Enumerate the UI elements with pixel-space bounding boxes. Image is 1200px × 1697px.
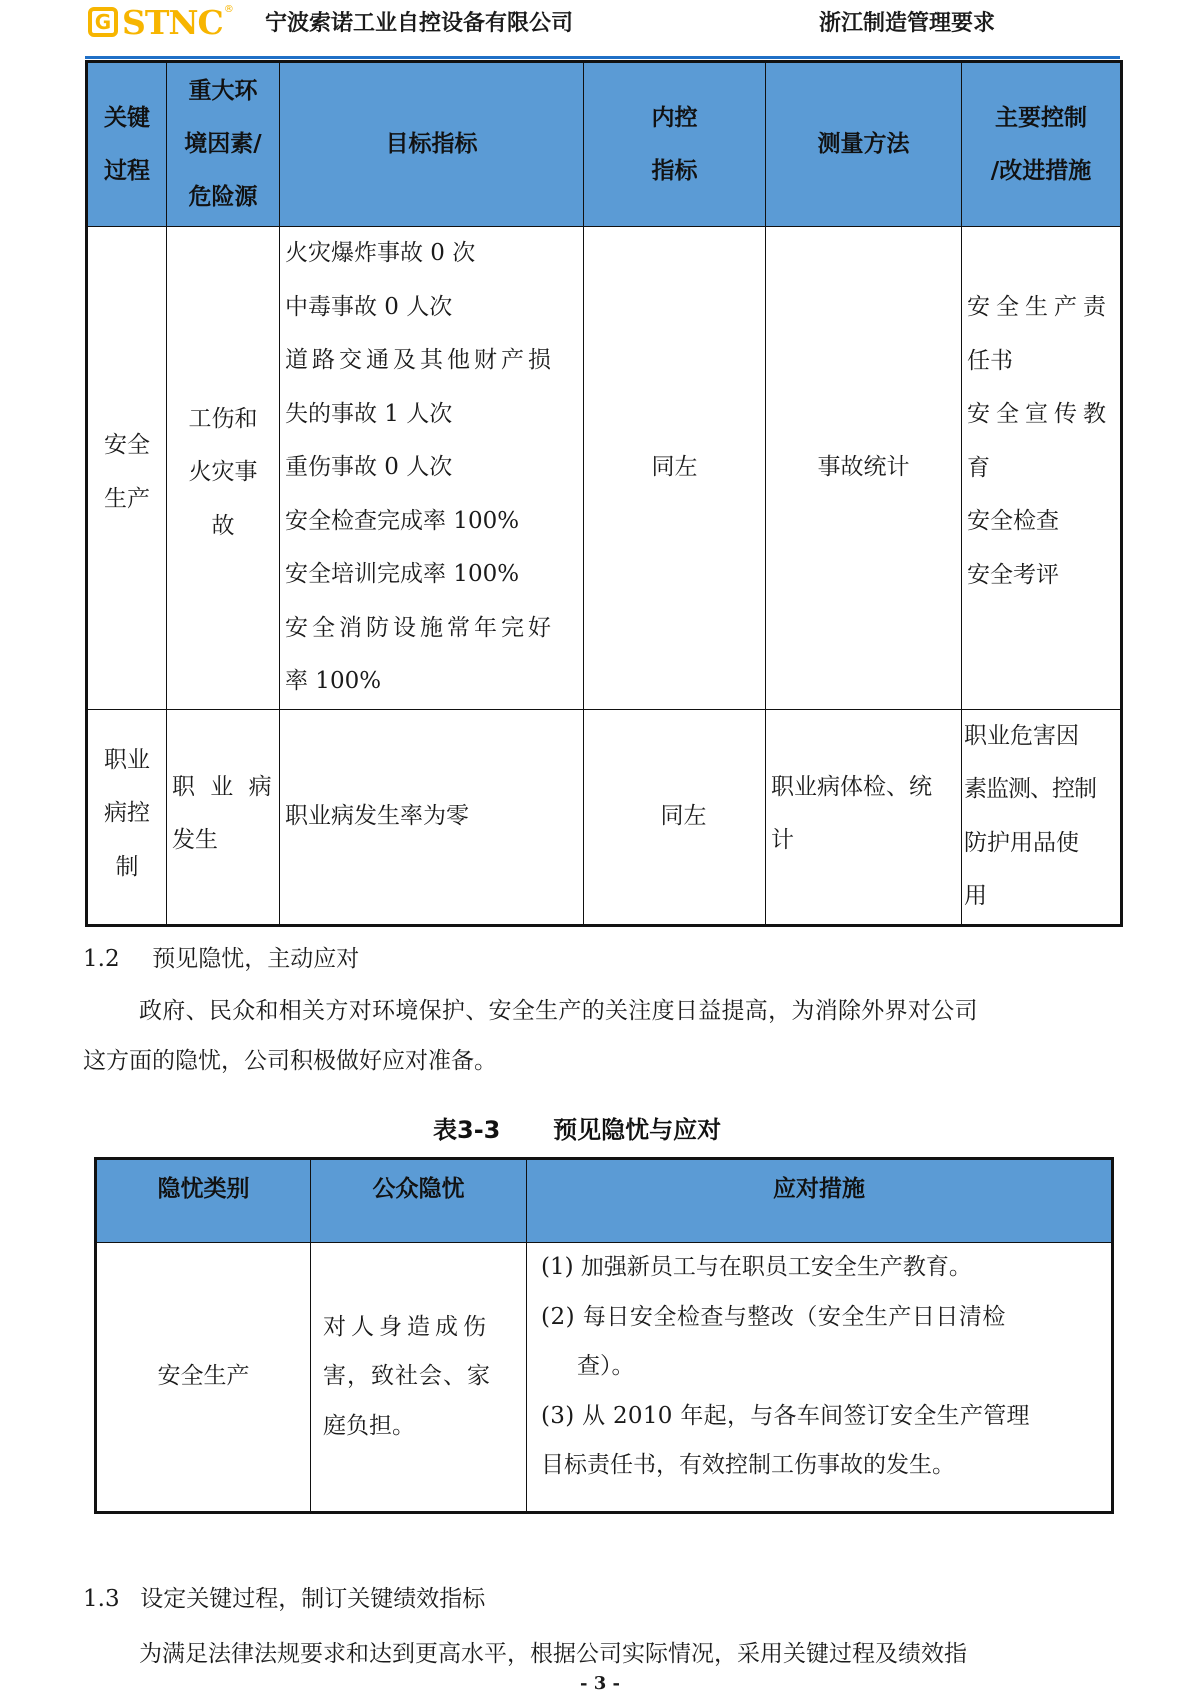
cell-measures: 职业危害因 素监测、控制 防护用品使 用	[962, 709, 1122, 925]
section-heading-1-3: 1.3 设定关键过程，制订关键绩效指标	[83, 1580, 485, 1613]
paragraph-line: 这方面的隐忧，公司积极做好应对准备。	[83, 1042, 497, 1075]
cell-targets: 火灾爆炸事故 0 次 中毒事故 0 人次 道路交通及其他财产损 失的事故 1 人…	[280, 227, 584, 710]
cell-response: (1) 加强新员工与在职员工安全生产教育。 (2) 每日安全检查与整改（安全生产…	[527, 1243, 1113, 1513]
cell-category: 安全生产	[96, 1243, 311, 1513]
cell-measurement: 事故统计	[766, 227, 962, 710]
table-caption: 表3-3 预见隐忧与应对	[433, 1110, 721, 1145]
cell-hazard: 职 业 病 发生	[167, 709, 280, 925]
company-logo: G STNC ®	[88, 4, 234, 40]
page-number: - 3 -	[0, 1673, 1200, 1694]
cell-measures: 安全生产责 任书 安全宣传教 育 安全检查 安全考评	[962, 227, 1122, 710]
table-header-row: 关键过程 重大环境因素/危险源 目标指标 内控指标 测量方法 主要控制/改进措施	[87, 62, 1122, 227]
section-number: 1.2	[83, 946, 120, 972]
paragraph-line: 政府、民众和相关方对环境保护、安全生产的关注度日益提高，为消除外界对公司	[139, 992, 978, 1025]
concerns-table: 隐忧类别 公众隐忧 应对措施 安全生产 对人身造成伤 害，致社会、家 庭负担。 …	[94, 1157, 1114, 1514]
header-targets: 目标指标	[280, 62, 584, 227]
table-row: 安全生产 对人身造成伤 害，致社会、家 庭负担。 (1) 加强新员工与在职员工安…	[96, 1243, 1113, 1513]
header-measures: 主要控制/改进措施	[962, 62, 1122, 227]
table-row: 职业 病控 制 职 业 病 发生 职业病发生率为零 同左 职业病体检、统 计 职…	[87, 709, 1122, 925]
header-measurement: 测量方法	[766, 62, 962, 227]
cell-concern: 对人身造成伤 害，致社会、家 庭负担。	[311, 1243, 527, 1513]
header-internal-control: 内控指标	[584, 62, 766, 227]
header-hazard: 重大环境因素/危险源	[167, 62, 280, 227]
cell-hazard: 工伤和 火灾事 故	[167, 227, 280, 710]
header-concern: 公众隐忧	[311, 1159, 527, 1243]
registered-mark: ®	[224, 4, 234, 15]
key-process-table: 关键过程 重大环境因素/危险源 目标指标 内控指标 测量方法 主要控制/改进措施…	[85, 60, 1123, 927]
table-header-row: 隐忧类别 公众隐忧 应对措施	[96, 1159, 1113, 1243]
cell-internal-control: 同左	[584, 227, 766, 710]
cell-targets: 职业病发生率为零	[280, 709, 584, 925]
header-key-process: 关键过程	[87, 62, 167, 227]
paragraph-line: 为满足法律法规要求和达到更高水平，根据公司实际情况，采用关键过程及绩效指	[139, 1635, 967, 1668]
header-response: 应对措施	[527, 1159, 1113, 1243]
company-name: 宁波索诺工业自控设备有限公司	[265, 6, 573, 37]
header-rule	[85, 56, 1120, 59]
section-heading-1-2: 1.2 预见隐忧，主动应对	[83, 940, 359, 973]
section-title: 设定关键过程，制订关键绩效指标	[140, 1586, 485, 1612]
logo-g-icon: G	[88, 7, 118, 37]
caption-number: 表3-3	[433, 1116, 500, 1144]
cell-internal-control: 同左	[584, 709, 766, 925]
cell-measurement: 职业病体检、统 计	[766, 709, 962, 925]
cell-key-process: 安全 生产	[87, 227, 167, 710]
logo-text: STNC	[122, 6, 223, 39]
table-row: 安全 生产 工伤和 火灾事 故 火灾爆炸事故 0 次 中毒事故 0 人次 道路交…	[87, 227, 1122, 710]
caption-title: 预见隐忧与应对	[553, 1116, 721, 1144]
header-category: 隐忧类别	[96, 1159, 311, 1243]
cell-key-process: 职业 病控 制	[87, 709, 167, 925]
section-number: 1.3	[83, 1586, 120, 1612]
section-title: 预见隐忧，主动应对	[152, 946, 359, 972]
document-title: 浙江制造管理要求	[819, 6, 995, 37]
